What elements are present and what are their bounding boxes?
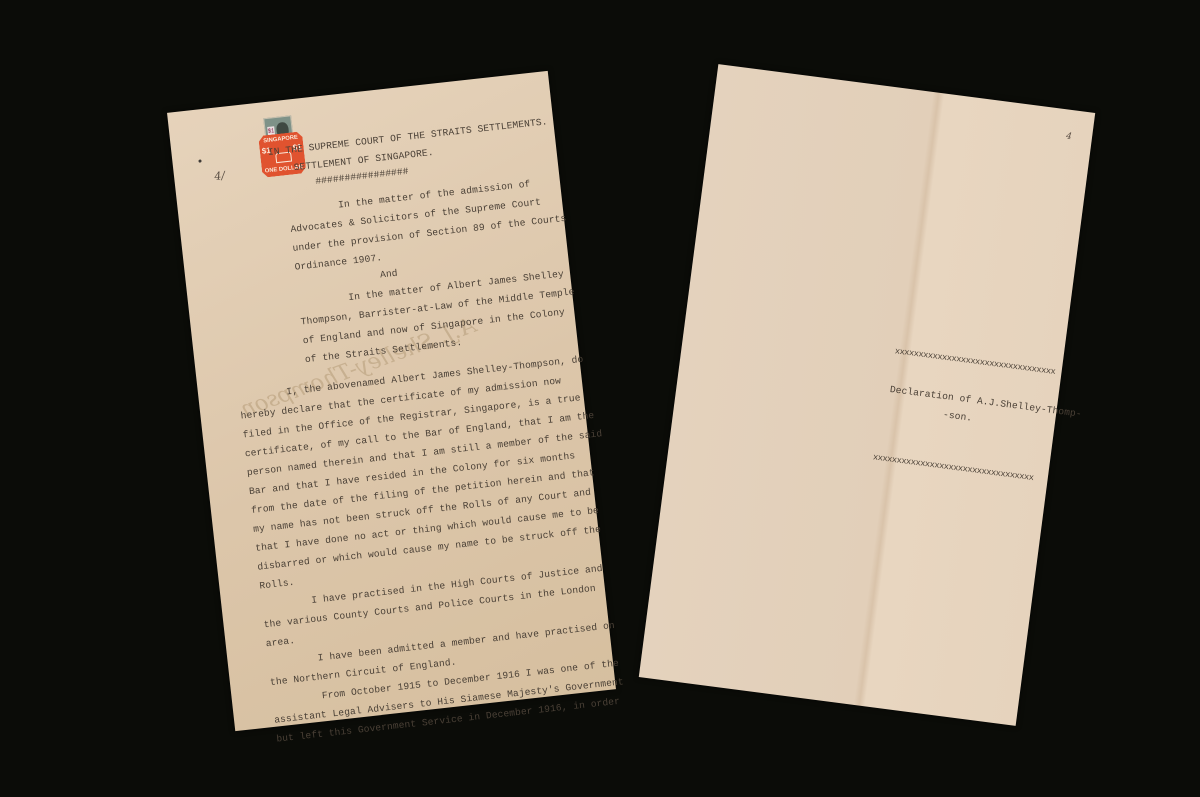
body-line: area. (265, 636, 295, 649)
pencil-mark: 4/ (214, 169, 226, 183)
right-document-cover: 4 xxxxxxxxxxxxxxxxxxxxxxxxxxxxxxxxxx Dec… (639, 64, 1095, 726)
rule-top: xxxxxxxxxxxxxxxxxxxxxxxxxxxxxxxxxx (894, 347, 1056, 376)
page-mark: 4 (1065, 132, 1072, 143)
body-line: And (380, 269, 399, 280)
punch-hole (198, 159, 201, 162)
cover-title-line1: Declaration of A.J.Shelley-Thomp- (889, 385, 1082, 419)
header-underline: ################ (315, 167, 409, 187)
body-line: Ordinance 1907. (294, 253, 382, 272)
left-document-page: 4/ $1 SINGAPORE $1 $1 ONE DOLLAR IN THE … (167, 71, 616, 731)
body-line: I have been admitted a member and have p… (317, 621, 615, 663)
rule-bottom: xxxxxxxxxxxxxxxxxxxxxxxxxxxxxxxxxx (872, 453, 1034, 482)
body-line: Rolls. (259, 578, 295, 591)
cover-title-line2: -son. (942, 410, 972, 423)
